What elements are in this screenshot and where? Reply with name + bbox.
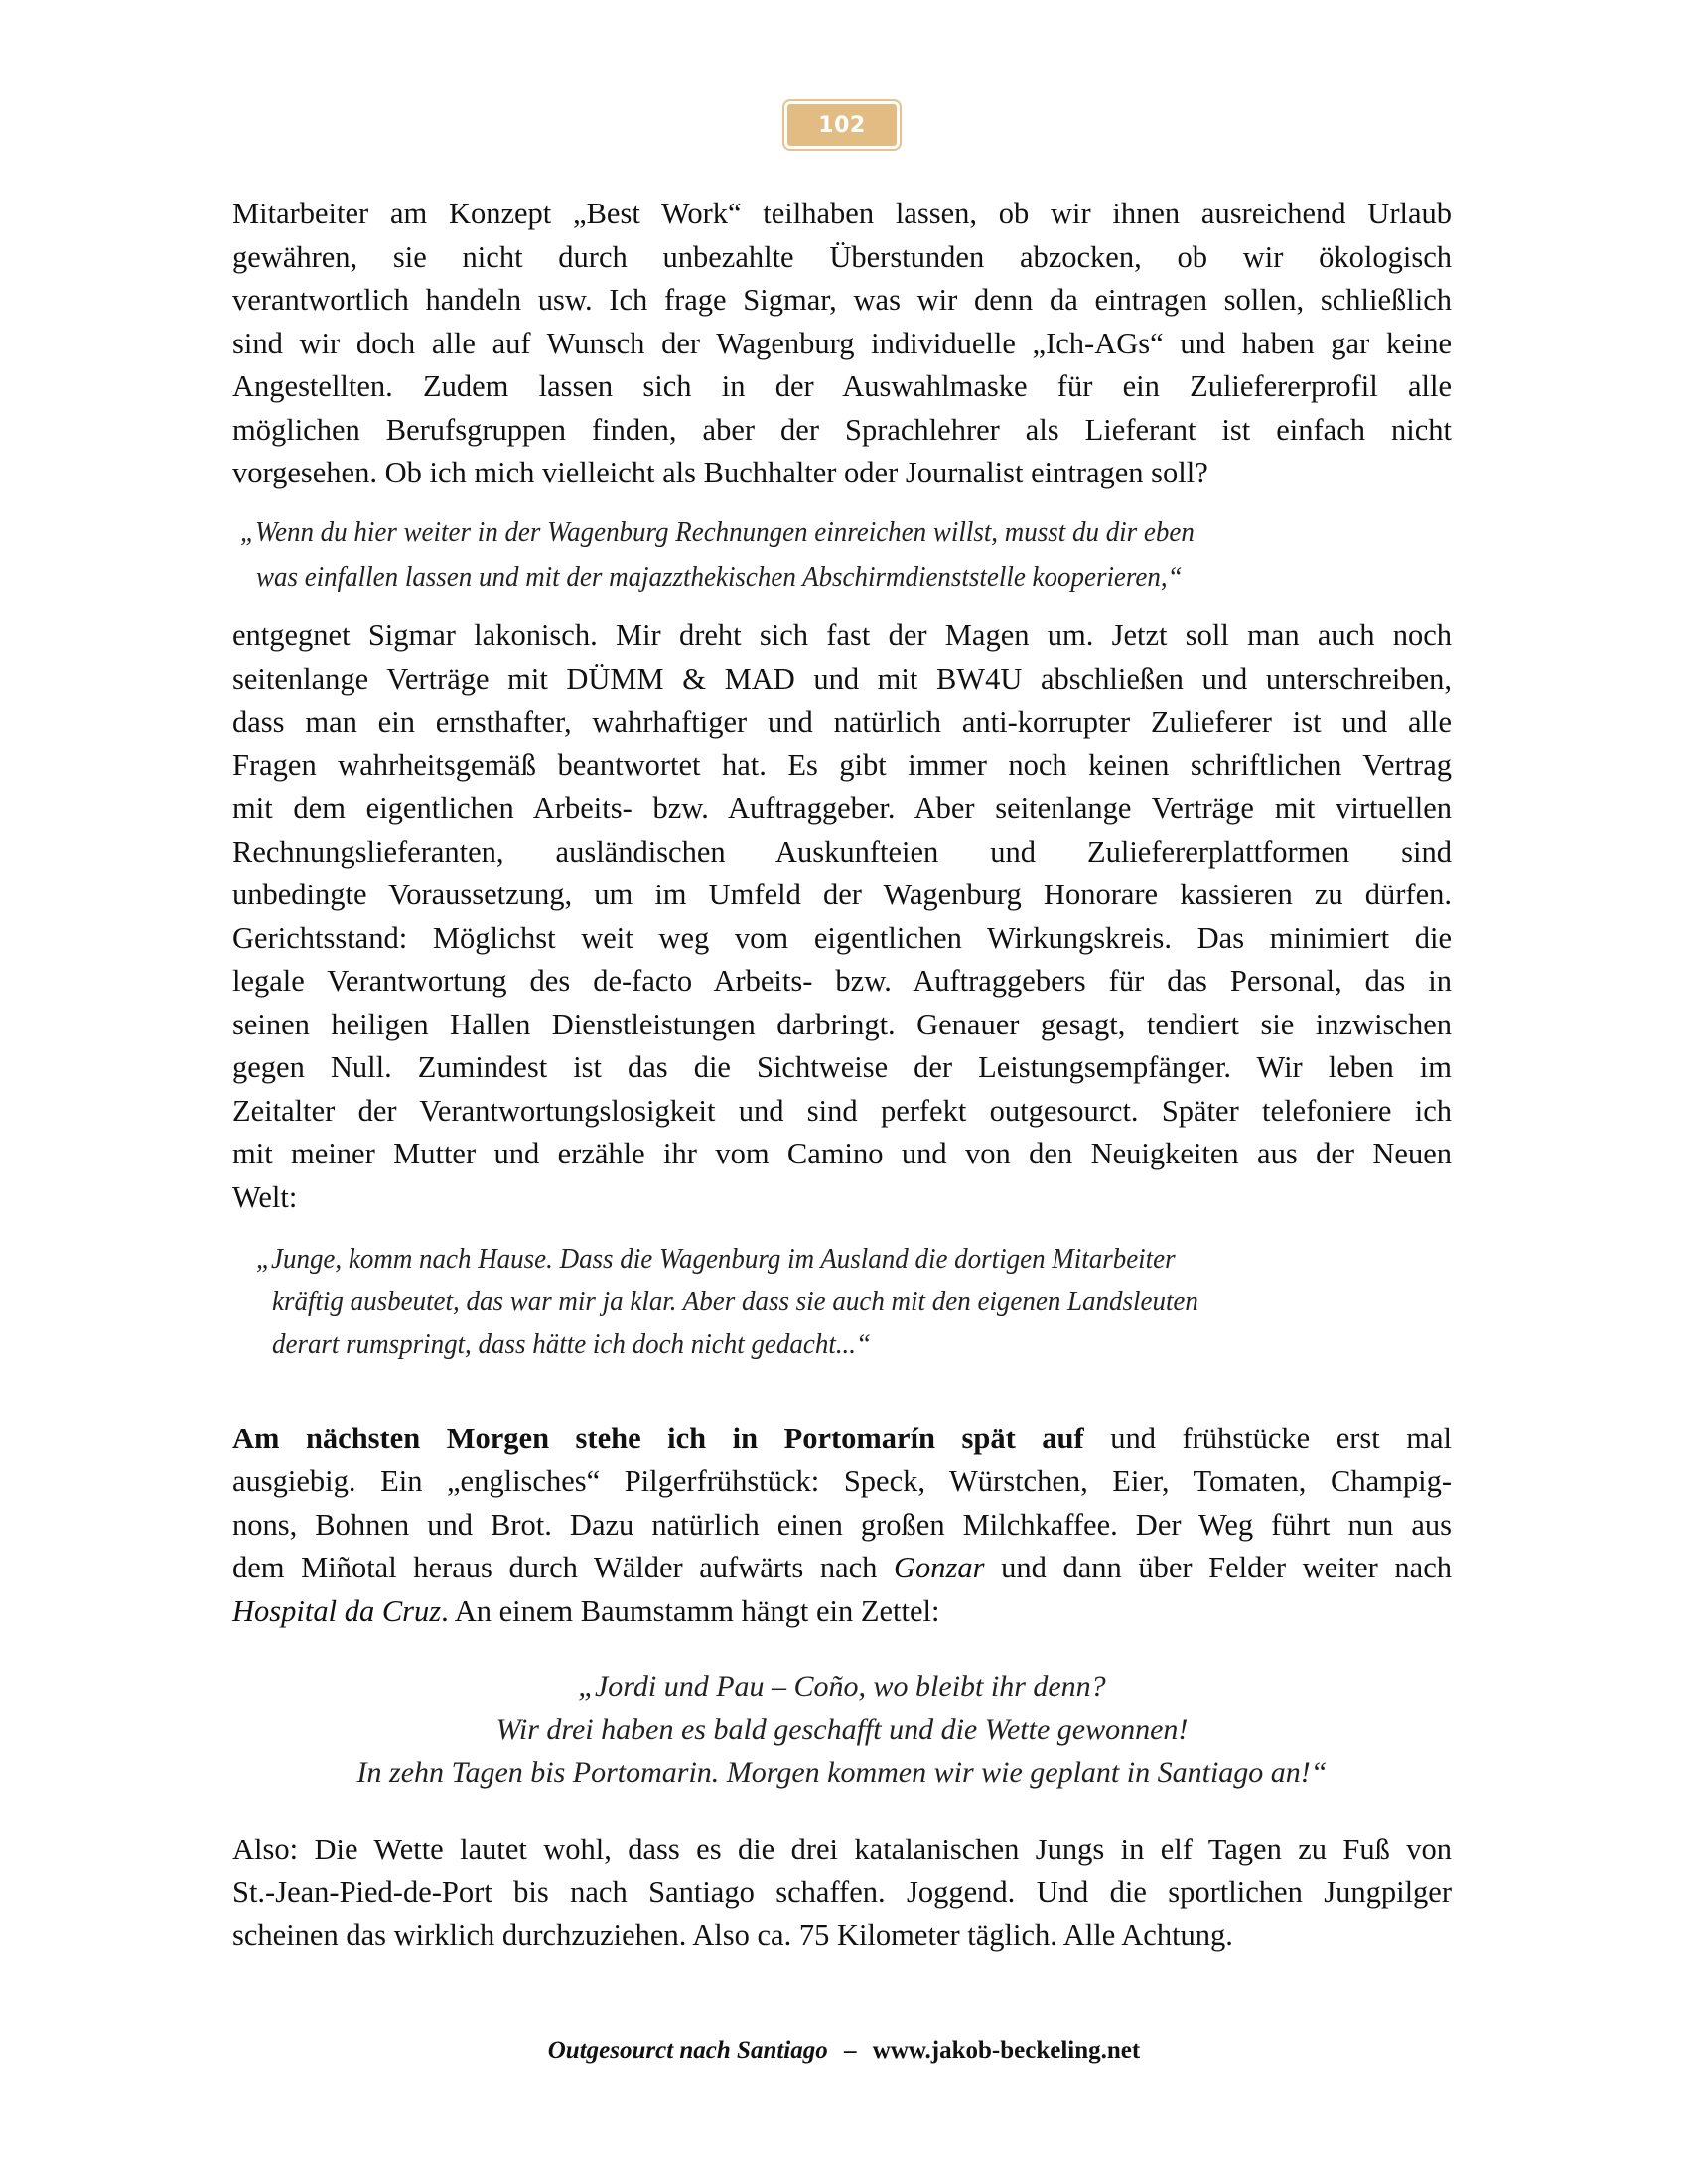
text-span: . An einem Baumstamm hängt ein Zettel: [441,1594,939,1628]
text-line: Mitarbeiter am Konzept „Best Work“ teilh… [232,196,1452,231]
place-name: Gonzar [894,1551,985,1584]
quote-line: „Junge, komm nach Hause. Dass die Wagenb… [256,1241,1176,1277]
text-line: legale Verantwortung des de-facto Arbeit… [232,963,1452,999]
text-line: gegen Null. Zumindest ist das die Sichtw… [232,1049,1452,1085]
text-line: seitenlange Verträge mit DÜMM & MAD und … [232,661,1452,697]
text-line: Welt: [232,1179,1452,1215]
text-line: Am nächsten Morgen stehe ich in Portomar… [232,1421,1452,1456]
text-line: dass man ein ernsthafter, wahrhaftiger u… [232,704,1452,740]
text-line: mit dem eigentlichen Arbeits- bzw. Auftr… [232,790,1452,826]
page-footer: Outgesourct nach Santiago – www.jakob-be… [0,2037,1688,2065]
quote-line: Wir drei haben es bald geschafft und die… [232,1712,1452,1748]
text-line: ausgiebig. Ein „englisches“ Pilgerfrühst… [232,1463,1452,1499]
text-line: entgegnet Sigmar lakonisch. Mir dreht si… [232,617,1452,653]
quote-line: was einfallen lassen und mit der majazzt… [256,559,1183,595]
place-name: Hospital da Cruz [232,1594,441,1628]
text-line: Gerichtsstand: Möglichst weit weg vom ei… [232,920,1452,956]
text-line: Angestellten. Zudem lassen sich in der A… [232,368,1452,404]
text-line: sind wir doch alle auf Wunsch der Wagenb… [232,326,1452,361]
text-line: dem Miñotal heraus durch Wälder aufwärts… [232,1550,1452,1585]
text-line: möglichen Berufsgruppen finden, aber der… [232,412,1452,448]
text-line: Fragen wahrheitsgemäß beantwortet hat. E… [232,748,1452,783]
book-title: Outgesourct nach Santiago [548,2037,828,2064]
page-number: 102 [818,113,865,138]
quote-line: „Jordi und Pau – Coño, wo bleibt ihr den… [232,1669,1452,1705]
text-line: gewähren, sie nicht durch unbezahlte Übe… [232,239,1452,275]
website-link[interactable]: www.jakob-beckeling.net [873,2037,1140,2064]
text-span: und dann über Felder weiter nach [985,1551,1452,1584]
text-line: scheinen das wirklich durchzuziehen. Als… [232,1917,1452,1953]
text-line: Also: Die Wette lautet wohl, dass es die… [232,1832,1452,1867]
text-line: vorgesehen. Ob ich mich vielleicht als B… [232,455,1452,490]
quote-line: In zehn Tagen bis Portomarin. Morgen kom… [232,1755,1452,1791]
text-line: Rechnungslieferanten, ausländischen Ausk… [232,834,1452,870]
text-line: nons, Bohnen und Brot. Dazu natürlich ei… [232,1507,1452,1543]
text-line: seinen heiligen Hallen Dienstleistungen … [232,1007,1452,1042]
footer-separator: – [844,2037,857,2064]
text-line: St.-Jean-Pied-de-Port bis nach Santiago … [232,1874,1452,1910]
text-span: und frühstücke erst mal [1084,1422,1452,1455]
text-line: Hospital da Cruz. An einem Baumstamm hän… [232,1593,1452,1629]
quote-line: „Wenn du hier weiter in der Wagenburg Re… [240,514,1195,550]
quote-line: kräftig ausbeutet, das war mir ja klar. … [272,1284,1198,1319]
page-number-badge: 102 [782,99,902,151]
bold-lead: Am nächsten Morgen stehe ich in Portomar… [232,1422,1084,1455]
text-span: dem Miñotal heraus durch Wälder aufwärts… [232,1551,894,1584]
text-line: unbedingte Voraussetzung, um im Umfeld d… [232,877,1452,912]
quote-line: derart rumspringt, dass hätte ich doch n… [272,1326,871,1362]
text-line: mit meiner Mutter und erzähle ihr vom Ca… [232,1136,1452,1171]
text-line: verantwortlich handeln usw. Ich frage Si… [232,282,1452,318]
text-line: Zeitalter der Verantwortungslosigkeit un… [232,1093,1452,1129]
